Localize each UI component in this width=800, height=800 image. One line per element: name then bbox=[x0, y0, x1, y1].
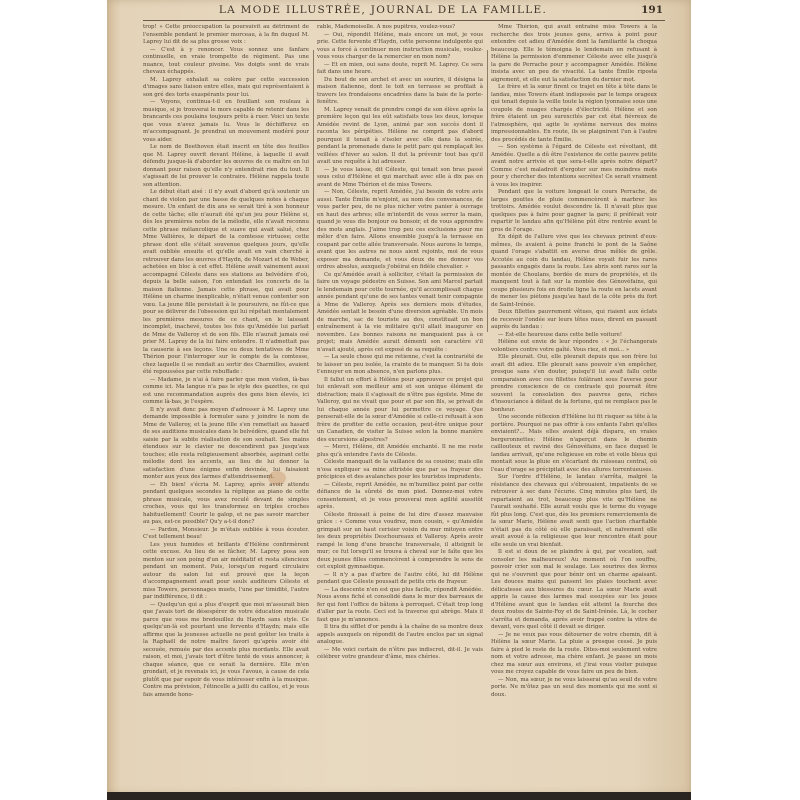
paragraph: trop! » Cette préoccupation la poursuivi… bbox=[143, 24, 309, 47]
paragraph: Il tira du sifflet d'or pendu à la chaîn… bbox=[317, 624, 483, 647]
paragraph: Le nom de Beethoven était inscrit en têt… bbox=[143, 144, 309, 189]
newspaper-page: LA MODE ILLUSTRÉE, JOURNAL DE LA FAMILLE… bbox=[107, 0, 691, 794]
paragraph: — Non, Céleste, reprit Amédée, j'ai beso… bbox=[317, 189, 483, 272]
paragraph: — Pardon, Monsieur. Je m'étais oubliée à… bbox=[143, 527, 309, 542]
paragraph: Le frère et la sœur firent ce trajet en … bbox=[491, 84, 657, 144]
text-columns: trop! » Cette préoccupation la poursuivi… bbox=[143, 24, 665, 754]
column-divider bbox=[313, 50, 314, 330]
header-rule bbox=[143, 20, 665, 21]
paragraph: Ce qu'Amédée avait à solliciter, c'était… bbox=[317, 272, 483, 355]
paragraph: Il fallut un effort à Hélène pour approu… bbox=[317, 377, 483, 445]
paragraph: — Madame, je n'ai à faire parler que mon… bbox=[143, 377, 309, 407]
paragraph: — Je vous laisse, dit Céleste, qui tenai… bbox=[317, 167, 483, 190]
column-2: rable, Mademoiselle. A nos pupitres, vou… bbox=[317, 24, 483, 754]
paragraph: Mme Thérion, qui avait entraîné miss Tow… bbox=[491, 24, 657, 84]
paragraph: Céleste manquait de la vaillance de sa c… bbox=[317, 459, 483, 482]
paper-stain bbox=[268, 471, 286, 485]
paragraph: — Je ne veux pas vous détourner de votre… bbox=[491, 632, 657, 677]
page-edge-shadow bbox=[107, 792, 691, 800]
column-3: Mme Thérion, qui avait entraîné miss Tow… bbox=[491, 24, 657, 754]
column-1: trop! » Cette préoccupation la poursuivi… bbox=[143, 24, 309, 754]
paragraph: — Non, ma sœur, je ne vous laisserai qu'… bbox=[491, 677, 657, 700]
paragraph: — Oui, répondit Hélène, mais encore un m… bbox=[317, 32, 483, 62]
paragraph: Sur l'ordre d'Hélène, le landau s'arrêta… bbox=[491, 474, 657, 549]
paragraph: Une seconde réflexion d'Hélène lui fit r… bbox=[491, 414, 657, 474]
paragraph: — Il n'y a pas d'arbre de l'autre côté, … bbox=[317, 572, 483, 587]
paragraph: — Merci, Hélène, dit Amédée enchanté. Il… bbox=[317, 444, 483, 459]
journal-title: LA MODE ILLUSTRÉE, JOURNAL DE LA FAMILLE… bbox=[143, 4, 623, 16]
paragraph: Il est si doux de se plaindre à qui, par… bbox=[491, 549, 657, 632]
paragraph: — Quelqu'un qui a plus d'esprit que moi … bbox=[143, 602, 309, 700]
paragraph: Elle pleurait. Oui, elle pleurait depuis… bbox=[491, 354, 657, 414]
paragraph: — C'est à y renoncer. Vous sonnez une fa… bbox=[143, 47, 309, 77]
paragraph: Deux fillettes pauvrement vêtues, qui ri… bbox=[491, 309, 657, 332]
paragraph: — La descente n'en est que plus facile, … bbox=[317, 587, 483, 625]
paragraph: Du bout de son archet et avec un sourire… bbox=[317, 77, 483, 107]
paragraph: En dépit de l'allure vive que les chevau… bbox=[491, 234, 657, 309]
paragraph: — Céleste, reprit Amédée, ne m'humiliez … bbox=[317, 482, 483, 512]
paragraph: Le début était aisé : il n'y avait d'abo… bbox=[143, 189, 309, 377]
page-header: LA MODE ILLUSTRÉE, JOURNAL DE LA FAMILLE… bbox=[143, 4, 663, 18]
paragraph: Pendant que la voiture longeait le cours… bbox=[491, 189, 657, 234]
paragraph: — Me voici certain de n'être pas indiscr… bbox=[317, 647, 483, 662]
paragraph: — Est-elle heureuse dans cette belle voi… bbox=[491, 332, 657, 340]
paragraph: M. Laprey venait de prendre congé de son… bbox=[317, 107, 483, 167]
paragraph: Céleste finissait à peine de lui dire d'… bbox=[317, 512, 483, 572]
paragraph: Hélène eut envie de leur répondre : « Je… bbox=[491, 339, 657, 354]
paragraph: rable, Mademoiselle. A nos pupitres, vou… bbox=[317, 24, 483, 32]
paragraph: — La seule chose qui me retienne, c'est … bbox=[317, 354, 483, 377]
paragraph: — Voyons, continua-t-il en fouillant son… bbox=[143, 99, 309, 144]
paragraph: Il n'y avait donc pas moyen d'adresser à… bbox=[143, 407, 309, 482]
paragraph: — Son système à l'égard de Céleste est r… bbox=[491, 144, 657, 189]
paragraph: — Eh bien! s'écria M. Laprey, après avoi… bbox=[143, 482, 309, 527]
paragraph: M. Laprey exhalait sa colère par cette s… bbox=[143, 77, 309, 100]
paragraph: Les yeux humides et brillants d'Hélène c… bbox=[143, 542, 309, 602]
column-divider bbox=[487, 50, 488, 332]
page-number: 191 bbox=[641, 4, 663, 16]
paragraph: — Et en mien, oui sans doute, reprit M. … bbox=[317, 62, 483, 77]
